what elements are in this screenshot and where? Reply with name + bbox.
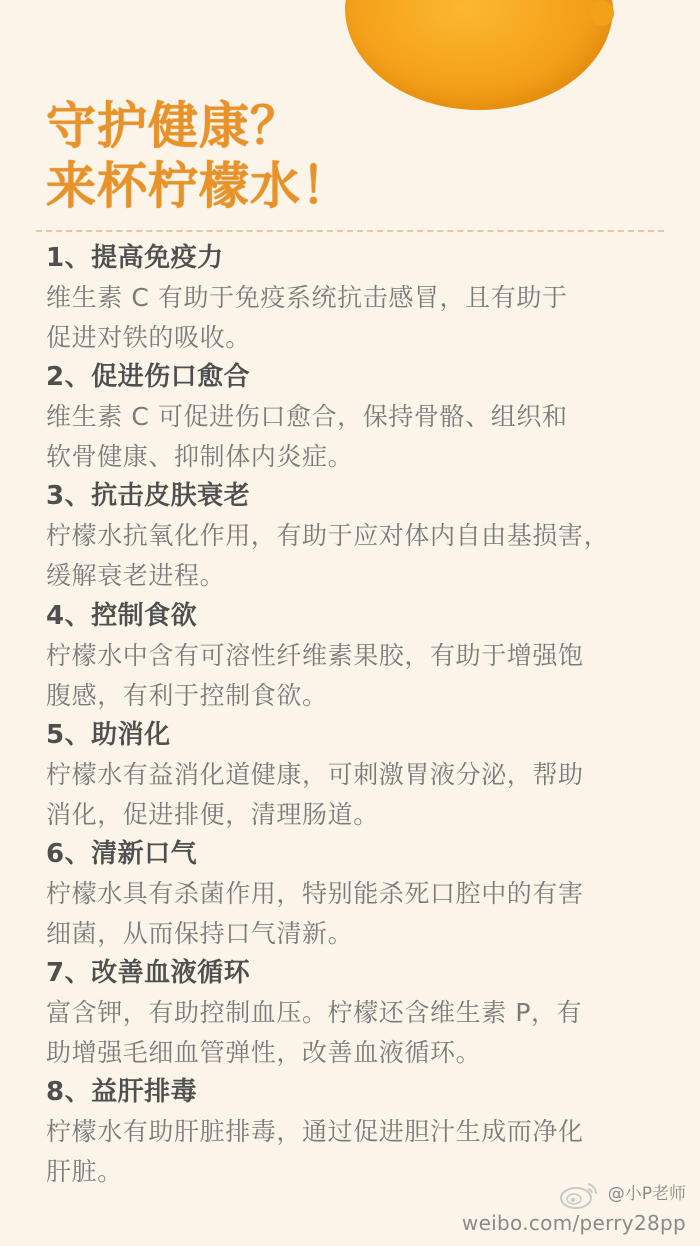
benefit-line: 柠檬水中含有可溶性纤维素果胶，有助于增强饱	[46, 636, 666, 676]
benefit-section: 7、改善血液循环 富含钾，有助控制血压。柠檬还含维生素 P，有 助增强毛细血管弹…	[46, 953, 666, 1072]
benefit-line: 消化，促进排便，清理肠道。	[46, 795, 666, 835]
benefit-section: 6、清新口气 柠檬水具有杀菌作用，特别能杀死口腔中的有害 细菌，从而保持口气清新…	[46, 834, 666, 953]
watermark: @小P老师 weibo.com/perry28pp	[462, 1178, 686, 1236]
benefit-text: 柠檬水抗氧化作用，有助于应对体内自由基损害， 缓解衰老进程。	[46, 516, 666, 596]
benefit-line: 富含钾，有助控制血压。柠檬还含维生素 P，有	[46, 993, 666, 1033]
page-title: 守护健康？ 来杯柠檬水！	[46, 96, 352, 216]
benefit-line: 促进对铁的吸收。	[46, 318, 666, 358]
benefit-line: 柠檬水有助肝脏排毒，通过促进胆汁生成而净化	[46, 1112, 666, 1152]
benefit-text: 柠檬水有益消化道健康，可刺激胃液分泌，帮助 消化，促进排便，清理肠道。	[46, 755, 666, 835]
benefit-heading: 3、抗击皮肤衰老	[46, 476, 666, 516]
benefit-heading: 6、清新口气	[46, 834, 666, 874]
dashed-divider	[36, 230, 664, 232]
benefit-heading: 1、提高免疫力	[46, 238, 666, 278]
benefit-heading: 8、益肝排毒	[46, 1072, 666, 1112]
benefit-section: 2、促进伤口愈合 维生素 C 可促进伤口愈合，保持骨骼、组织和 软骨健康、抑制体…	[46, 357, 666, 476]
lemon-icon	[345, 0, 613, 110]
benefit-line: 柠檬水有益消化道健康，可刺激胃液分泌，帮助	[46, 755, 666, 795]
benefit-section: 5、助消化 柠檬水有益消化道健康，可刺激胃液分泌，帮助 消化，促进排便，清理肠道…	[46, 715, 666, 834]
benefit-line: 助增强毛细血管弹性，改善血液循环。	[46, 1033, 666, 1073]
benefit-line: 柠檬水抗氧化作用，有助于应对体内自由基损害，	[46, 516, 666, 556]
benefit-text: 柠檬水具有杀菌作用，特别能杀死口腔中的有害 细菌，从而保持口气清新。	[46, 874, 666, 954]
weibo-url: weibo.com/perry28pp	[462, 1210, 686, 1236]
benefit-text: 柠檬水中含有可溶性纤维素果胶，有助于增强饱 腹感，有利于控制食欲。	[46, 636, 666, 716]
benefit-heading: 4、控制食欲	[46, 596, 666, 636]
lemon-tip-icon	[590, 0, 614, 26]
benefit-line: 腹感，有利于控制食欲。	[46, 676, 666, 716]
benefit-section: 1、提高免疫力 维生素 C 有助于免疫系统抗击感冒，且有助于 促进对铁的吸收。	[46, 238, 666, 357]
benefit-text: 维生素 C 有助于免疫系统抗击感冒，且有助于 促进对铁的吸收。	[46, 278, 666, 358]
benefit-section: 4、控制食欲 柠檬水中含有可溶性纤维素果胶，有助于增强饱 腹感，有利于控制食欲。	[46, 596, 666, 715]
benefit-line: 柠檬水具有杀菌作用，特别能杀死口腔中的有害	[46, 874, 666, 914]
benefit-line: 细菌，从而保持口气清新。	[46, 914, 666, 954]
title-line-1: 守护健康？	[46, 96, 352, 156]
benefit-text: 富含钾，有助控制血压。柠檬还含维生素 P，有 助增强毛细血管弹性，改善血液循环。	[46, 993, 666, 1073]
weibo-icon	[558, 1178, 602, 1210]
benefit-heading: 7、改善血液循环	[46, 953, 666, 993]
benefit-line: 软骨健康、抑制体内炎症。	[46, 437, 666, 477]
title-line-2: 来杯柠檬水！	[46, 156, 352, 216]
weibo-handle: @小P老师	[608, 1182, 686, 1206]
benefit-line: 缓解衰老进程。	[46, 556, 666, 596]
benefit-section: 8、益肝排毒 柠檬水有助肝脏排毒，通过促进胆汁生成而净化 肝脏。	[46, 1072, 666, 1191]
benefit-text: 维生素 C 可促进伤口愈合，保持骨骼、组织和 软骨健康、抑制体内炎症。	[46, 397, 666, 477]
benefit-line: 维生素 C 可促进伤口愈合，保持骨骼、组织和	[46, 397, 666, 437]
benefit-heading: 5、助消化	[46, 715, 666, 755]
benefit-line: 维生素 C 有助于免疫系统抗击感冒，且有助于	[46, 278, 666, 318]
benefits-list: 1、提高免疫力 维生素 C 有助于免疫系统抗击感冒，且有助于 促进对铁的吸收。 …	[46, 238, 666, 1192]
benefit-section: 3、抗击皮肤衰老 柠檬水抗氧化作用，有助于应对体内自由基损害， 缓解衰老进程。	[46, 476, 666, 595]
benefit-heading: 2、促进伤口愈合	[46, 357, 666, 397]
